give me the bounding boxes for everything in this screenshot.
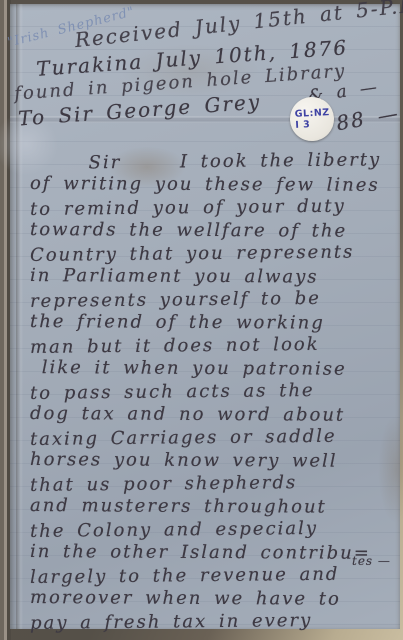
letter-line: in the other Island contribu= [30, 540, 398, 565]
letter-line: pay a fresh tax in every [30, 608, 398, 635]
letter-line: the Colony and especialy [30, 516, 398, 543]
letter-line: to remind you of your duty [30, 194, 398, 221]
letter-line: and musterers throughout [30, 494, 398, 519]
letter-line: man but it does not look [30, 332, 398, 359]
letter-sheet: "Irish Shepherd" Received July 15th at 5… [10, 4, 400, 629]
letter-line: Country that you represents [30, 240, 398, 267]
letter-line: to pass such acts as the [30, 378, 398, 405]
number-mark: 88 — [334, 101, 401, 136]
letter-line: in Parliament you always [30, 264, 398, 289]
letter-body: Sir I took the liberty of writing you th… [30, 150, 398, 633]
letter-line: horses you know very well [30, 448, 398, 473]
letter-line: dog tax and no word about [30, 402, 398, 427]
letter-photograph: "Irish Shepherd" Received July 15th at 5… [0, 0, 403, 640]
letter-line: Sir I took the liberty [30, 148, 398, 175]
letter-line: towards the wellfare of the [30, 218, 398, 243]
letter-line: moreover when we have to [30, 586, 398, 611]
letter-line: largely to the revenue and [30, 562, 398, 589]
letter-line: represents yourself to be [30, 286, 398, 313]
letter-line: of writing you these few lines [30, 172, 398, 197]
letter-line: like it when you patronise [30, 356, 398, 381]
letter-line: the friend of the working [30, 310, 398, 335]
letter-line: that us poor shepherds [30, 470, 398, 497]
catalog-sticker-line2: I 3 [295, 118, 335, 131]
letter-line: taxing Carriages or saddle [30, 424, 398, 451]
superscript-insert: tes — [352, 554, 391, 568]
